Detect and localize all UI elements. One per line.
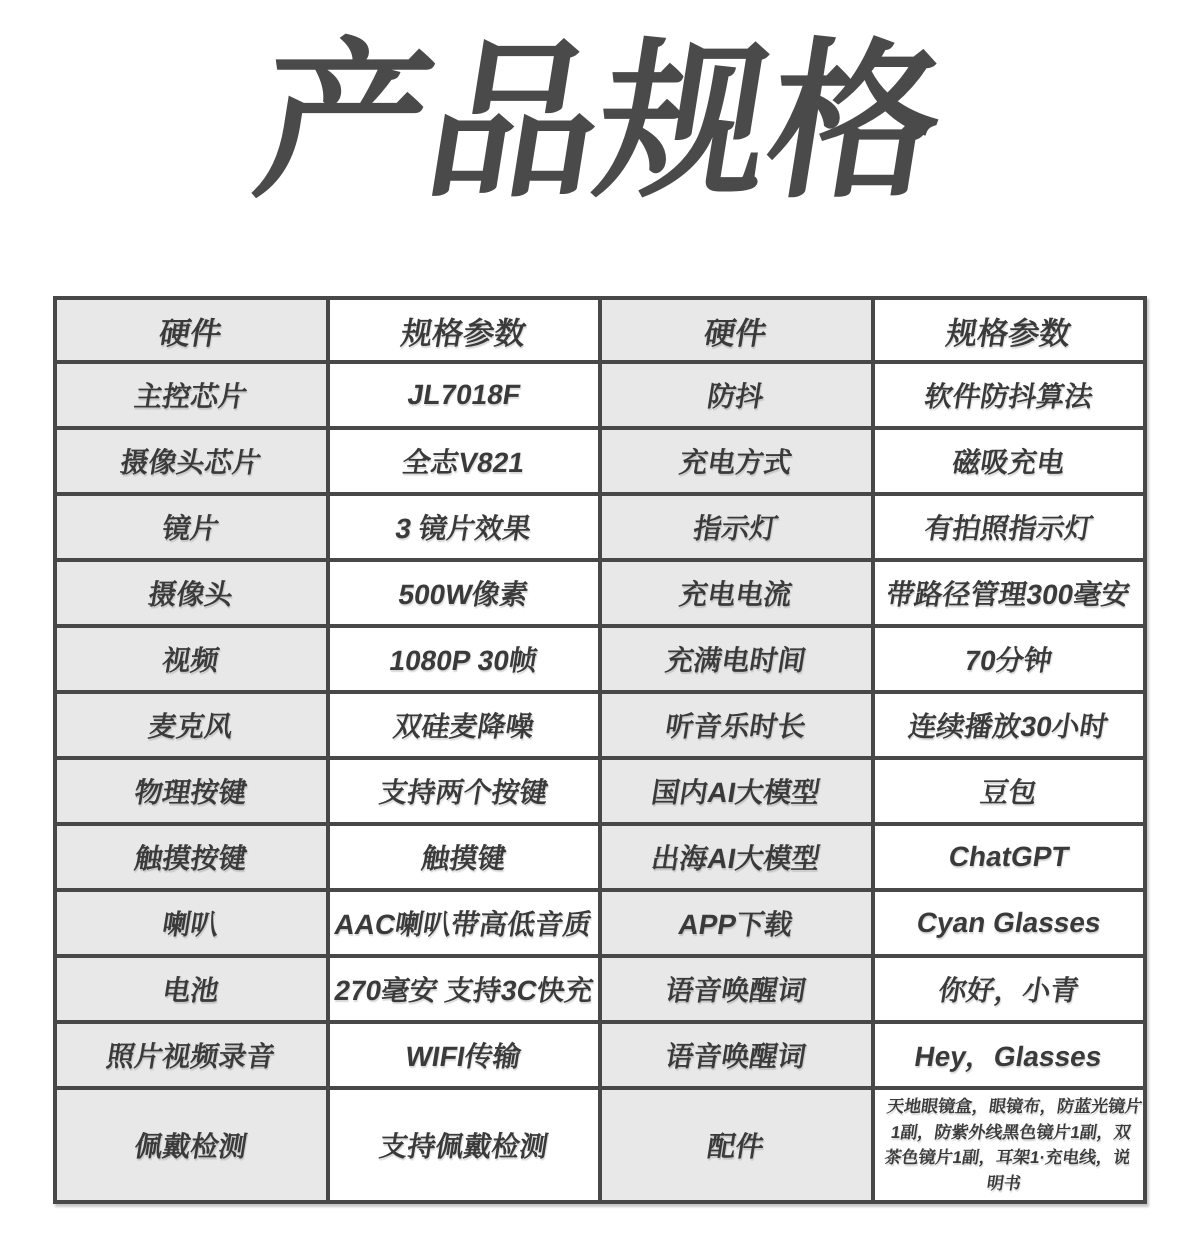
- cell-text: 磁吸充电: [950, 441, 1068, 481]
- cell-text: 配件: [705, 1125, 767, 1165]
- cell-text: 触摸键: [419, 837, 509, 877]
- cell-text: 连续播放30小时: [906, 705, 1111, 745]
- cell-text: Hey，Glasses: [912, 1035, 1105, 1075]
- hardware-label-cell: 充电方式: [600, 428, 873, 494]
- spec-table: 硬件规格参数硬件规格参数 主控芯片JL7018F防抖软件防抖算法摄像头芯片全志V…: [53, 296, 1147, 1204]
- spec-row: 电池270毫安 支持3C快充语音唤醒词你好，小青: [55, 956, 1145, 1022]
- cell-text: 摄像头: [146, 573, 236, 613]
- spec-value-cell: 软件防抖算法: [873, 362, 1146, 428]
- table-header-row: 硬件规格参数硬件规格参数: [55, 298, 1145, 362]
- spec-row: 主控芯片JL7018F防抖软件防抖算法: [55, 362, 1145, 428]
- spec-row: 佩戴检测支持佩戴检测配件天地眼镜盒，眼镜布，防蓝光镜片1副，防紫外线黑色镜片1副…: [55, 1088, 1145, 1202]
- spec-value-cell: 双硅麦降噪: [328, 692, 601, 758]
- cell-text: 全志V821: [400, 441, 528, 481]
- hardware-label-cell: 听音乐时长: [600, 692, 873, 758]
- cell-text: 双硅麦降噪: [391, 705, 537, 745]
- spec-row: 触摸按键触摸键出海AI大模型ChatGPT: [55, 824, 1145, 890]
- spec-row: 视频1080P 30帧充满电时间70分钟: [55, 626, 1145, 692]
- cell-text: 防抖: [705, 375, 767, 415]
- hardware-label-cell: 语音唤醒词: [600, 1022, 873, 1088]
- hardware-label-cell: 国内AI大模型: [600, 758, 873, 824]
- cell-text: 3 镜片效果: [393, 507, 535, 547]
- hardware-label-cell: 配件: [600, 1088, 873, 1202]
- cell-text: WIFI传输: [403, 1035, 524, 1075]
- cell-text: 软件防抖算法: [922, 375, 1096, 415]
- spec-value-cell: 磁吸充电: [873, 428, 1146, 494]
- cell-text: 支持佩戴检测: [377, 1125, 551, 1165]
- spec-value-cell: 500W像素: [328, 560, 601, 626]
- hardware-label-cell: 视频: [55, 626, 328, 692]
- hardware-label-cell: 出海AI大模型: [600, 824, 873, 890]
- cell-text: 指示灯: [691, 507, 781, 547]
- spec-value-cell: 70分钟: [873, 626, 1146, 692]
- spec-value-cell: 270毫安 支持3C快充: [328, 956, 601, 1022]
- spec-value-cell: 你好，小青: [873, 956, 1146, 1022]
- spec-column-header: 规格参数: [873, 298, 1146, 362]
- cell-text: 270毫安 支持3C快充: [331, 969, 596, 1009]
- spec-row: 喇叭AAC喇叭带高低音质APP下载Cyan Glasses: [55, 890, 1145, 956]
- hardware-label-cell: APP下载: [600, 890, 873, 956]
- product-spec-page: { "page": { "title": "产品规格" }, "colors":…: [0, 0, 1200, 1251]
- cell-text: 镜片: [160, 507, 222, 547]
- cell-text: 支持两个按键: [377, 771, 551, 811]
- spec-value-cell: JL7018F: [328, 362, 601, 428]
- spec-table-head: 硬件规格参数硬件规格参数: [55, 298, 1145, 362]
- hardware-label-cell: 触摸按键: [55, 824, 328, 890]
- cell-text: 摄像头芯片: [118, 441, 264, 481]
- hardware-label-cell: 指示灯: [600, 494, 873, 560]
- cell-text: 充满电时间: [663, 639, 809, 679]
- spec-row: 摄像头500W像素充电电流带路径管理300毫安: [55, 560, 1145, 626]
- page-title-text: 产品规格: [245, 28, 955, 218]
- cell-text: 带路径管理300毫安: [884, 573, 1133, 613]
- spec-value-cell: Hey，Glasses: [873, 1022, 1146, 1088]
- hardware-label-cell: 镜片: [55, 494, 328, 560]
- hardware-label-cell: 电池: [55, 956, 328, 1022]
- hardware-label-cell: 防抖: [600, 362, 873, 428]
- cell-text: 照片视频录音: [104, 1035, 278, 1075]
- hardware-label-cell: 充电电流: [600, 560, 873, 626]
- cell-text: 70分钟: [962, 639, 1055, 679]
- column-header-label: 硬件: [157, 308, 226, 353]
- spec-value-cell: 支持两个按键: [328, 758, 601, 824]
- cell-text: 佩戴检测: [132, 1125, 250, 1165]
- spec-row: 照片视频录音WIFI传输语音唤醒词Hey，Glasses: [55, 1022, 1145, 1088]
- hardware-label-cell: 麦克风: [55, 692, 328, 758]
- cell-text: 天地眼镜盒，眼镜布，防蓝光镜片1副，防紫外线黑色镜片1副，双茶色镜片1副，耳架1…: [873, 1094, 1144, 1196]
- spec-value-cell: Cyan Glasses: [873, 890, 1146, 956]
- cell-text: Cyan Glasses: [914, 907, 1103, 939]
- hardware-label-cell: 佩戴检测: [55, 1088, 328, 1202]
- hardware-label-cell: 物理按键: [55, 758, 328, 824]
- spec-row: 镜片3 镜片效果指示灯有拍照指示灯: [55, 494, 1145, 560]
- hardware-label-cell: 主控芯片: [55, 362, 328, 428]
- spec-value-cell: 触摸键: [328, 824, 601, 890]
- hardware-label-cell: 照片视频录音: [55, 1022, 328, 1088]
- cell-text: ChatGPT: [946, 841, 1071, 873]
- cell-text: 国内AI大模型: [649, 771, 823, 811]
- spec-value-cell: 全志V821: [328, 428, 601, 494]
- spec-value-cell: 天地眼镜盒，眼镜布，防蓝光镜片1副，防紫外线黑色镜片1副，双茶色镜片1副，耳架1…: [873, 1088, 1146, 1202]
- hardware-label-cell: 摄像头: [55, 560, 328, 626]
- cell-text: 500W像素: [396, 573, 531, 613]
- spec-table-container: 硬件规格参数硬件规格参数 主控芯片JL7018F防抖软件防抖算法摄像头芯片全志V…: [53, 296, 1147, 1204]
- cell-text: 你好，小青: [936, 969, 1082, 1009]
- hardware-label-cell: 语音唤醒词: [600, 956, 873, 1022]
- hardware-column-header: 硬件: [55, 298, 328, 362]
- spec-column-header: 规格参数: [328, 298, 601, 362]
- spec-row: 麦克风双硅麦降噪听音乐时长连续播放30小时: [55, 692, 1145, 758]
- column-header-label: 规格参数: [943, 308, 1074, 353]
- cell-text: 喇叭: [160, 903, 222, 943]
- hardware-label-cell: 充满电时间: [600, 626, 873, 692]
- spec-value-cell: 有拍照指示灯: [873, 494, 1146, 560]
- cell-text: 听音乐时长: [663, 705, 809, 745]
- cell-text: AAC喇叭带高低音质: [332, 903, 595, 943]
- cell-text: 视频: [160, 639, 222, 679]
- spec-value-cell: 1080P 30帧: [328, 626, 601, 692]
- spec-value-cell: 带路径管理300毫安: [873, 560, 1146, 626]
- cell-text: 触摸按键: [132, 837, 250, 877]
- cell-text: 充电电流: [677, 573, 795, 613]
- cell-text: 有拍照指示灯: [922, 507, 1096, 547]
- cell-text: 豆包: [978, 771, 1040, 811]
- page-title: 产品规格: [0, 28, 1200, 218]
- column-header-label: 硬件: [702, 308, 771, 353]
- spec-value-cell: AAC喇叭带高低音质: [328, 890, 601, 956]
- spec-value-cell: ChatGPT: [873, 824, 1146, 890]
- cell-text: 主控芯片: [132, 375, 250, 415]
- spec-value-cell: 豆包: [873, 758, 1146, 824]
- spec-row: 物理按键支持两个按键国内AI大模型豆包: [55, 758, 1145, 824]
- cell-text: 出海AI大模型: [649, 837, 823, 877]
- cell-text: 电池: [160, 969, 222, 1009]
- spec-value-cell: 支持佩戴检测: [328, 1088, 601, 1202]
- spec-value-cell: WIFI传输: [328, 1022, 601, 1088]
- spec-table-body: 主控芯片JL7018F防抖软件防抖算法摄像头芯片全志V821充电方式磁吸充电镜片…: [55, 362, 1145, 1202]
- hardware-column-header: 硬件: [600, 298, 873, 362]
- spec-value-cell: 连续播放30小时: [873, 692, 1146, 758]
- cell-text: 1080P 30帧: [387, 639, 541, 679]
- cell-text: APP下载: [676, 903, 796, 943]
- cell-text: 物理按键: [132, 771, 250, 811]
- cell-text: 语音唤醒词: [663, 969, 809, 1009]
- spec-row: 摄像头芯片全志V821充电方式磁吸充电: [55, 428, 1145, 494]
- hardware-label-cell: 摄像头芯片: [55, 428, 328, 494]
- hardware-label-cell: 喇叭: [55, 890, 328, 956]
- cell-text: 麦克风: [146, 705, 236, 745]
- spec-value-cell: 3 镜片效果: [328, 494, 601, 560]
- cell-text: JL7018F: [405, 379, 522, 411]
- column-header-label: 规格参数: [398, 308, 529, 353]
- cell-text: 语音唤醒词: [663, 1035, 809, 1075]
- cell-text: 充电方式: [677, 441, 795, 481]
